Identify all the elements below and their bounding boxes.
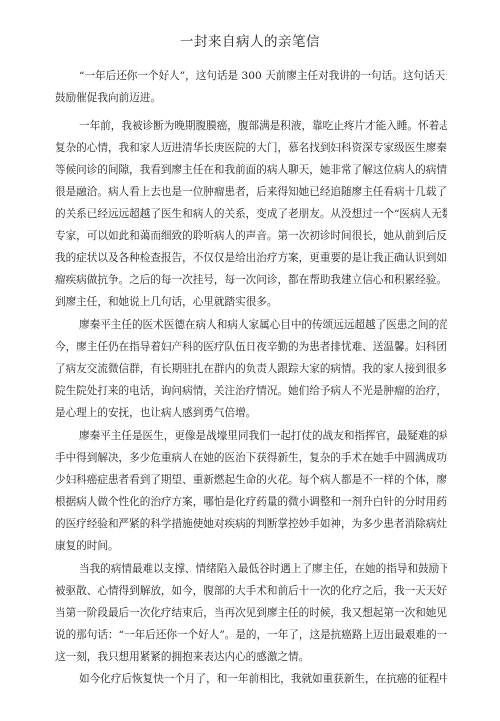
paragraph-line: 我的症状以及各种检查报告，不仅仅是给出治疗方案，更重要的是让我正确认识到如何和肿 — [55, 251, 447, 265]
paragraph-first-line: 廖秦平主任的医术医德在病人和病人家属心目中的传颂远远超越了医患之间的范围。如 — [79, 318, 447, 332]
paragraph-first-line: 当我的病情最难以支撑、情绪陷入最低谷时遇上了廖主任，在她的指导和鼓励下，疑虑 — [79, 562, 447, 576]
paragraph-line: 手中得到解决，多少危重病人在她的医治下获得新生，复杂的手术在她手中圆满成功，使多 — [55, 451, 447, 465]
paragraph-line: 专家，可以如此和蔼而细致的聆听病人的声音。第一次初诊时间很长，她从前到后反复询问 — [55, 229, 447, 243]
paragraph-line: 当第一阶段最后一次化疗结束后，当再次见到廖主任的时候，我又想起第一次和她见面时她 — [55, 606, 447, 620]
paragraph-line: 鼓励催促我向前迈进。 — [55, 91, 447, 105]
paragraph-line: 是心理上的安抚，也让病人感到勇气倍增。 — [55, 406, 447, 420]
paragraph-first-line: 如今化疗后恢复快一个月了，和一年前相比，我就如重获新生，在抗癌的征程中我还要 — [79, 672, 447, 686]
document-page: 一封来自病人的亲笔信 “一年后还你一个好人”，这句话是 300 天前廖主任对我讲… — [0, 0, 500, 721]
paragraph-line: 院生院处打来的电话，询问病情，关注治疗情况。她们给予病人不光是肿瘤的治疗，更多的 — [55, 384, 447, 398]
paragraph-first-line: 一年前，我被诊断为晚期腹膜癌，腹部满是积液，靠吃止疼片才能入睡。怀着忐忑而又 — [79, 119, 447, 133]
paragraph-line: 少妇科癌症患者看到了期望、重新燃起生命的火花。每个病人都是不一样的个体，廖主任会 — [55, 473, 447, 487]
paragraph-first-line: “一年后还你一个好人”，这句话是 300 天前廖主任对我讲的一句话。这句话天天都… — [79, 69, 447, 83]
paragraph-line: 很是融洽。病人看上去也是一位肿瘤患者，后来得知她已经追随廖主任看病十几载了，他们 — [55, 185, 447, 199]
paragraph-line: 说的那句话：“一年后还你一个好人”。是的，一年了，这是抗癌路上迈出最艰难的一步，… — [55, 628, 447, 642]
paragraph-line: 了病友交流微信群，有长期驻扎在群内的负责人跟踪大家的病情。我的家人接到很多次从医 — [55, 362, 447, 376]
paragraph-line: 等候问诊的间隙，我看到廖主任在和我前面的病人聊天，她非常了解这位病人的病情，关系 — [55, 163, 447, 177]
paragraph-line: 到廖主任，和她说上几句话，心里就踏实很多。 — [55, 295, 447, 309]
paragraph-line: 被驱散、心情得到解放，如今，腹部的大手术和前后十一次的化疗之后，我一天天好起来。 — [55, 584, 447, 598]
paragraph-line: 复杂的心情，我和家人迈进清华长庚医院的大门，慕名找到妇科资深专家级医生廖秦平主任… — [55, 141, 447, 155]
paragraph-line: 根据病人做个性化的治疗方案，哪怕是化疗药量的微小调整和一剂升白针的分时用药，丰富 — [55, 495, 447, 509]
paragraph-line: 这一刻，我只想用紧紧的拥抱来表达内心的感激之情。 — [55, 650, 447, 664]
paragraph-line: 康复的时间。 — [55, 539, 447, 553]
paragraph-line: 瘤疾病做抗争。之后的每一次挂号，每一次问诊，都在帮助我建立信心和积累经验。每周看 — [55, 273, 447, 287]
document-title: 一封来自病人的亲笔信 — [0, 30, 500, 50]
paragraph-line: 的关系已经远远超越了医生和病人的关系，变成了老朋友。从没想过一个“医病人无数”的 — [55, 207, 447, 221]
paragraph-line: 的医疗经验和严紧的科学措施使她对疾病的判断掌控妙手如神，为多少患者消除病灶赢来了 — [55, 517, 447, 531]
paragraph-line: 今，廖主任仍在指导着妇产科的医疗队伍日夜辛勤的为患者排忧难、送温馨。妇科团队建立 — [55, 340, 447, 354]
paragraph-first-line: 廖秦平主任是医生，更像是战壕里同我们一起打仗的战友和指挥官，最疑难的病症在她 — [79, 429, 447, 443]
